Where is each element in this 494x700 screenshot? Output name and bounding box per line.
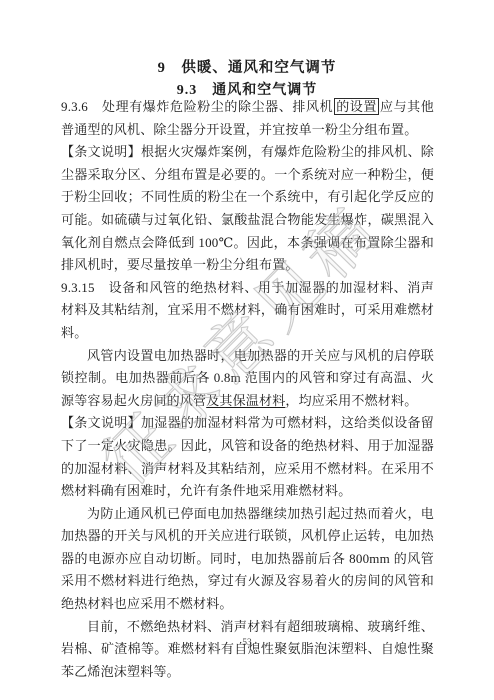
heading-block: 9 供暖、通风和空气调节 9.3 通风和空气调节 bbox=[0, 0, 494, 101]
paragraph: 【条文说明】加湿器的加湿材料常为可燃材料，这给类似设备留下了一定火灾隐患。因此，… bbox=[61, 412, 434, 502]
text-run: 目前，不燃绝热材料、消声材料有超细玻璃棉、玻璃纤维、岩棉、矿渣棉等。难燃材料有自… bbox=[61, 619, 434, 679]
page-number: 53 bbox=[0, 638, 494, 648]
boxed-revision-text: 的设置 bbox=[334, 98, 379, 115]
paragraph: 风管内设置电加热器时，电加热器的开关应与风机的启停联锁控制。电加热器前后各 0.… bbox=[61, 345, 434, 413]
paragraph: 9.3.15 设备和风管的绝热材料、用于加湿器的加湿材料、消声材料及其粘结剂，宜… bbox=[61, 277, 434, 345]
text-run: 9.3.6 处理有爆炸危险粉尘的除尘器、排风机 bbox=[61, 99, 333, 114]
paragraph: 【条文说明】根据火灾爆炸案例，有爆炸危险粉尘的排风机、除尘器采取分区、分组布置是… bbox=[61, 141, 434, 277]
chapter-title: 9 供暖、通风和空气调节 bbox=[0, 58, 494, 78]
text-run: 为防止通风机已停面电加热器继续加热引起过热而着火，电加热器的开关与风机的开关应进… bbox=[61, 506, 434, 611]
paragraph: 目前，不燃绝热材料、消声材料有超细玻璃棉、玻璃纤维、岩棉、矿渣棉等。难燃材料有自… bbox=[61, 616, 434, 684]
underlined-revision-text: 及其保温材料 bbox=[206, 393, 285, 408]
text-run: 【条文说明】加湿器的加湿材料常为可燃材料，这给类似设备留下了一定火灾隐患。因此，… bbox=[61, 415, 434, 498]
body-text: 9.3.6 处理有爆炸危险粉尘的除尘器、排风机的设置应与其他普通型的风机、除尘器… bbox=[61, 96, 434, 683]
document-page: 征求意见稿 9 供暖、通风和空气调节 9.3 通风和空气调节 9.3.6 处理有… bbox=[0, 0, 494, 700]
paragraph: 为防止通风机已停面电加热器继续加热引起过热而着火，电加热器的开关与风机的开关应进… bbox=[61, 503, 434, 616]
text-run: 9.3.15 设备和风管的绝热材料、用于加湿器的加湿材料、消声材料及其粘结剂，宜… bbox=[61, 280, 434, 340]
text-run: 【条文说明】根据火灾爆炸案例，有爆炸危险粉尘的排风机、除尘器采取分区、分组布置是… bbox=[61, 144, 434, 272]
text-run: ，均应采用不燃材料。 bbox=[285, 393, 417, 408]
paragraph: 9.3.6 处理有爆炸危险粉尘的除尘器、排风机的设置应与其他普通型的风机、除尘器… bbox=[61, 96, 434, 141]
